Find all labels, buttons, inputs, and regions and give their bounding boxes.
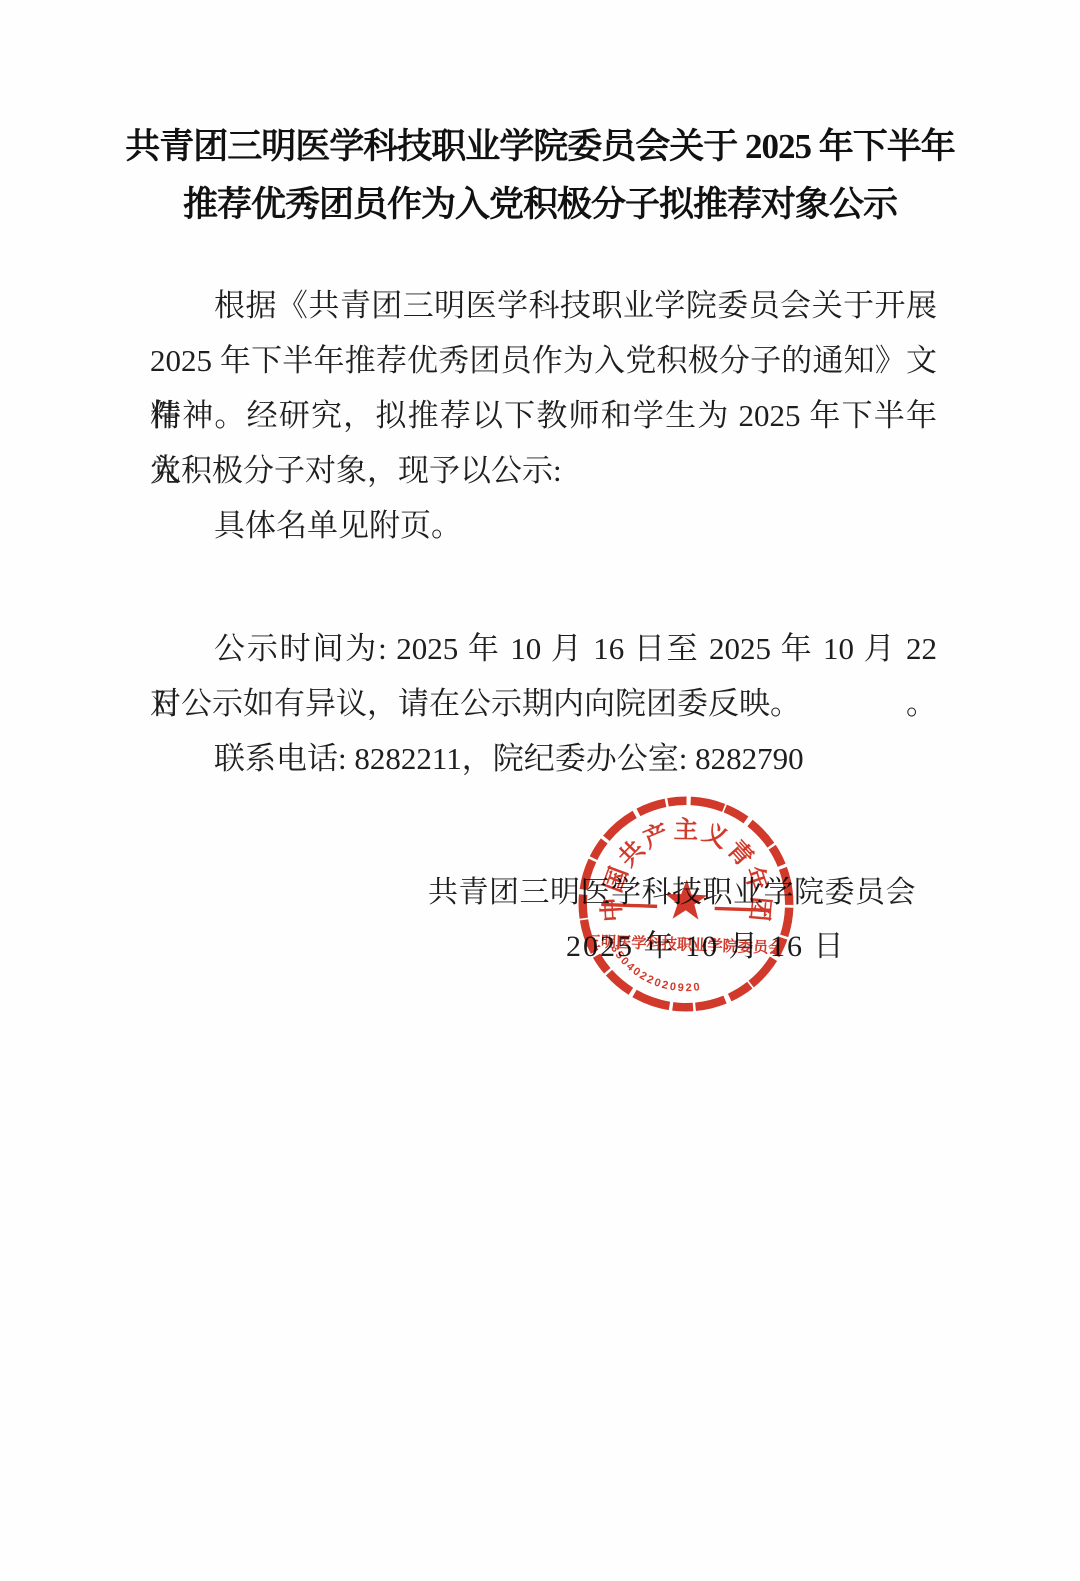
document-title-line1: 共青团三明医学科技职业学院委员会关于 2025 年下半年: [70, 118, 1010, 176]
body-paragraph-1: 根据《共青团三明医学科技职业学院委员会关于开展 2025 年下半年推荐优秀团员作…: [150, 278, 937, 553]
document-title-line2: 推荐优秀团员作为入党积极分子拟推荐对象公示: [70, 176, 1010, 234]
body-line: 具体名单见附页。: [150, 498, 937, 553]
body-line: 联系电话: 8282211，院纪委办公室: 8282790: [150, 731, 937, 786]
svg-text:中国共产主义青年团: 中国共产主义青年团: [596, 813, 777, 929]
official-notice-document: 共青团三明医学科技职业学院委员会关于 2025 年下半年 推荐优秀团员作为入党积…: [0, 0, 1080, 1581]
seal-ring-text: 中国共产主义青年团: [596, 813, 777, 929]
document-title: 共青团三明医学科技职业学院委员会关于 2025 年下半年 推荐优秀团员作为入党积…: [70, 118, 1010, 234]
body-line: 精神。经研究，拟推荐以下教师和学生为 2025 年下半年入: [150, 388, 937, 443]
body-line: 根据《共青团三明医学科技职业学院委员会关于开展: [150, 278, 937, 333]
body-paragraph-2: 公示时间为: 2025 年 10 月 16 日至 2025 年 10 月 22 …: [150, 621, 937, 786]
body-line: 党积极分子对象，现予以公示:: [150, 443, 937, 498]
seal-star-icon: [665, 879, 708, 920]
official-seal-stamp: 中国共产主义青年团 三明医学科技职业学院委员会 3504022020920: [572, 790, 800, 1018]
body-line: 公示时间为: 2025 年 10 月 16 日至 2025 年 10 月 22 …: [150, 621, 937, 676]
body-line: 2025 年下半年推荐优秀团员作为入党积极分子的通知》文件: [150, 333, 937, 388]
